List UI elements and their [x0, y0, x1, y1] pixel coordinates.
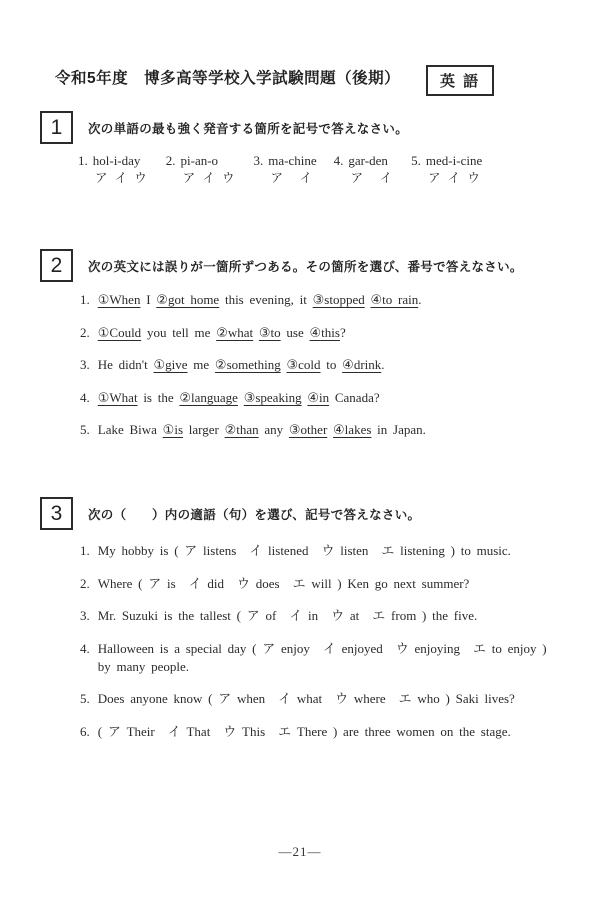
section-3-items: 1.My hobby is ( ア listens イ listened ウ l…	[80, 542, 582, 741]
sentence-segment: .	[418, 292, 421, 307]
underlined-choice: ③other	[289, 422, 327, 437]
error-sentence-item: 2.①Could you tell me ②what ③to use ④this…	[80, 324, 582, 342]
underlined-choice: ④lakes	[333, 422, 371, 437]
sentence-segment: you tell me	[141, 325, 216, 340]
sentence-text: ①What is the ②language ③speaking ④in Can…	[98, 389, 380, 407]
item-number: 4.	[80, 389, 90, 407]
page-title: 令和5年度 博多高等学校入学試験問題（後期）	[55, 66, 400, 88]
kana-options: ア イ ウ	[78, 171, 149, 186]
underlined-choice: ①When	[98, 292, 141, 307]
underlined-choice: ④in	[307, 390, 329, 405]
item-number: 2.	[166, 153, 176, 168]
pronunciation-item: 3.ma-chineア イ	[254, 153, 317, 186]
kana-options: ア イ	[334, 171, 395, 186]
kana-options: ア イ	[254, 171, 317, 186]
sentence-segment: any	[259, 422, 289, 437]
underlined-choice: ①is	[163, 422, 183, 437]
sentence-text: Halloween is a special day ( ア enjoy イ e…	[98, 640, 547, 676]
section-2: 2 次の英文には誤りが一箇所ずつある。その箇所を選び、番号で答えなさい。 1.①…	[40, 249, 582, 439]
sentence-segment: larger	[183, 422, 225, 437]
underlined-choice: ②what	[216, 325, 253, 340]
underlined-choice: ③stopped	[313, 292, 365, 307]
subject-box: 英 語	[426, 65, 494, 96]
item-number: 5.	[80, 421, 90, 439]
sentence-segment: ?	[340, 325, 346, 340]
underlined-choice: ③cold	[287, 357, 321, 372]
exam-page: 令和5年度 博多高等学校入学試験問題（後期） 英 語 1 次の単語の最も強く発音…	[0, 0, 600, 900]
item-number: 1.	[80, 291, 90, 309]
sentence-segment: this evening, it	[219, 292, 312, 307]
subject-label: 英 語	[440, 73, 480, 90]
underlined-choice: ②language	[179, 390, 238, 405]
sentence-text: My hobby is ( ア listens イ listened ウ lis…	[98, 542, 511, 560]
underlined-choice: ①What	[98, 390, 138, 405]
item-number: 3.	[254, 153, 264, 168]
item-number: 5.	[80, 690, 90, 708]
section-3: 3 次の（ ）内の適語（句）を選び、記号で答えなさい。 1.My hobby i…	[40, 497, 582, 741]
section-1-words: 1.hol-i-dayア イ ウ2.pi-an-oア イ ウ3.ma-chine…	[78, 153, 582, 186]
underlined-choice: ④drink	[342, 357, 381, 372]
word-text: gar-den	[348, 153, 387, 168]
item-number: 2.	[80, 575, 90, 593]
underlined-choice: ③to	[259, 325, 281, 340]
word-line: 1.hol-i-day	[78, 153, 149, 168]
pronunciation-item: 1.hol-i-dayア イ ウ	[78, 153, 149, 186]
item-number: 3.	[80, 356, 90, 374]
underlined-choice: ④this	[310, 325, 340, 340]
sentence-segment: Lake Biwa	[98, 422, 163, 437]
pronunciation-item: 5.med-i-cineア イ ウ	[411, 153, 482, 186]
item-number: 1.	[80, 542, 90, 560]
underlined-choice: ④to rain	[370, 292, 418, 307]
sentence-text: ( ア Their イ That ウ This エ There ) are th…	[98, 723, 511, 741]
section-1-header: 1 次の単語の最も強く発音する箇所を記号で答えなさい。	[40, 111, 582, 144]
error-sentence-item: 5.Lake Biwa ①is larger ②than any ③other …	[80, 421, 582, 439]
underlined-choice: ②got home	[156, 292, 219, 307]
word-text: ma-chine	[268, 153, 316, 168]
error-sentence-item: 3.He didn't ①give me ②something ③cold to…	[80, 356, 582, 374]
sentence-segment: I	[140, 292, 156, 307]
pronunciation-item: 2.pi-an-oア イ ウ	[166, 153, 237, 186]
page-number: —21—	[0, 844, 600, 860]
section-1-number-box: 1	[40, 111, 73, 144]
item-number: 5.	[411, 153, 421, 168]
item-number: 3.	[80, 607, 90, 625]
kana-options: ア イ ウ	[411, 171, 482, 186]
underlined-choice: ①Could	[98, 325, 141, 340]
underlined-choice: ②than	[225, 422, 259, 437]
sentence-segment: use	[281, 325, 310, 340]
section-3-header: 3 次の（ ）内の適語（句）を選び、記号で答えなさい。	[40, 497, 582, 530]
word-text: med-i-cine	[426, 153, 482, 168]
underlined-choice: ①give	[153, 357, 187, 372]
choice-sentence-item: 2.Where ( ア is イ did ウ does エ will ) Ken…	[80, 575, 582, 593]
section-2-instruction: 次の英文には誤りが一箇所ずつある。その箇所を選び、番号で答えなさい。	[88, 257, 523, 275]
word-line: 5.med-i-cine	[411, 153, 482, 168]
sentence-segment: to	[321, 357, 343, 372]
sentence-text: ①Could you tell me ②what ③to use ④this?	[98, 324, 346, 342]
sentence-text: Lake Biwa ①is larger ②than any ③other ④l…	[98, 421, 426, 439]
error-sentence-item: 1.①When I ②got home this evening, it ③st…	[80, 291, 582, 309]
section-1: 1 次の単語の最も強く発音する箇所を記号で答えなさい。 1.hol-i-dayア…	[40, 111, 582, 186]
sentence-text: Where ( ア is イ did ウ does エ will ) Ken g…	[98, 575, 470, 593]
choice-sentence-item: 5.Does anyone know ( ア when イ what ウ whe…	[80, 690, 582, 708]
section-2-items: 1.①When I ②got home this evening, it ③st…	[80, 291, 582, 439]
sentence-text: ①When I ②got home this evening, it ③stop…	[98, 291, 422, 309]
sentence-text: He didn't ①give me ②something ③cold to ④…	[98, 356, 385, 374]
word-text: hol-i-day	[93, 153, 141, 168]
word-line: 3.ma-chine	[254, 153, 317, 168]
choice-sentence-item: 6.( ア Their イ That ウ This エ There ) are …	[80, 723, 582, 741]
pronunciation-item: 4.gar-denア イ	[334, 153, 395, 186]
choice-sentence-item: 1.My hobby is ( ア listens イ listened ウ l…	[80, 542, 582, 560]
sentence-segment: .	[381, 357, 384, 372]
sentence-text: Does anyone know ( ア when イ what ウ where…	[98, 690, 515, 708]
underlined-choice: ③speaking	[244, 390, 302, 405]
item-number: 6.	[80, 723, 90, 741]
item-number: 4.	[80, 640, 90, 676]
sentence-text: Mr. Suzuki is the tallest ( ア of イ in ウ …	[98, 607, 477, 625]
underlined-choice: ②something	[215, 357, 281, 372]
word-line: 2.pi-an-o	[166, 153, 237, 168]
error-sentence-item: 4.①What is the ②language ③speaking ④in C…	[80, 389, 582, 407]
section-1-instruction: 次の単語の最も強く発音する箇所を記号で答えなさい。	[88, 119, 408, 137]
section-3-number-box: 3	[40, 497, 73, 530]
choice-sentence-item: 3.Mr. Suzuki is the tallest ( ア of イ in …	[80, 607, 582, 625]
kana-options: ア イ ウ	[166, 171, 237, 186]
item-number: 1.	[78, 153, 88, 168]
choice-sentence-item: 4.Halloween is a special day ( ア enjoy イ…	[80, 640, 582, 676]
section-2-number-box: 2	[40, 249, 73, 282]
word-line: 4.gar-den	[334, 153, 395, 168]
sentence-segment: He didn't	[98, 357, 154, 372]
sentence-segment: me	[188, 357, 215, 372]
section-2-header: 2 次の英文には誤りが一箇所ずつある。その箇所を選び、番号で答えなさい。	[40, 249, 582, 282]
item-number: 4.	[334, 153, 344, 168]
item-number: 2.	[80, 324, 90, 342]
word-text: pi-an-o	[181, 153, 219, 168]
sentence-segment: in Japan.	[371, 422, 425, 437]
section-3-instruction: 次の（ ）内の適語（句）を選び、記号で答えなさい。	[88, 505, 420, 523]
sentence-segment: Canada?	[329, 390, 380, 405]
sentence-segment: is the	[138, 390, 180, 405]
